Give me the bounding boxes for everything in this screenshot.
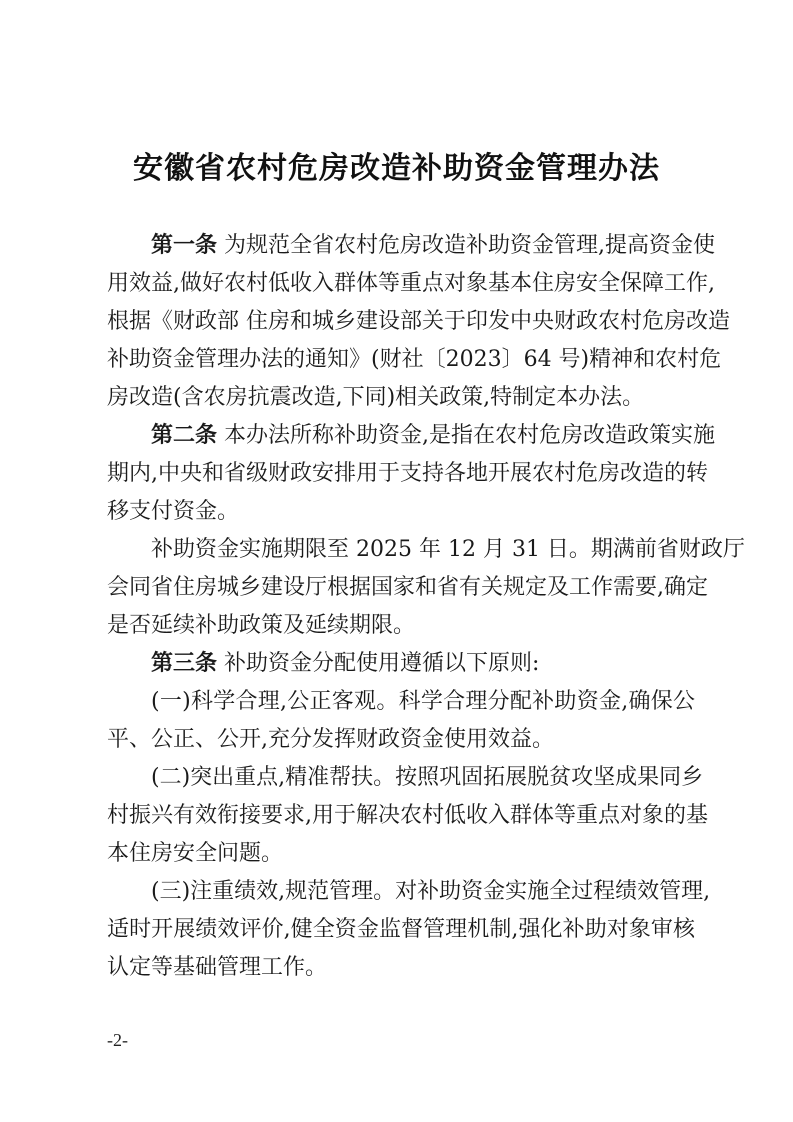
line-text: 本办法所称补助资金,是指在农村危房改造政策实施 (217, 423, 715, 448)
line-text: 补助资金管理办法的通知》(财社〔2023〕64 号)精神和农村危 (107, 347, 721, 372)
line-text: 期内,中央和省级财政安排用于支持各地开展农村危房改造的转 (107, 461, 708, 486)
body-line: (一)科学合理,公正客观。科学合理分配补助资金,确保公 (107, 683, 695, 721)
line-text: 本住房安全问题。 (107, 841, 283, 866)
body-line: 村振兴有效衔接要求,用于解决农村低收入群体等重点对象的基 (107, 797, 695, 835)
line-text: 适时开展绩效评价,健全资金监督管理机制,强化补助对象审核 (107, 917, 695, 942)
line-text: 平、公正、公开,充分发挥财政资金使用效益。 (107, 727, 554, 752)
body-line: 补助资金管理办法的通知》(财社〔2023〕64 号)精神和农村危 (107, 341, 695, 379)
body-line: 平、公正、公开,充分发挥财政资金使用效益。 (107, 721, 695, 759)
body-line: 认定等基础管理工作。 (107, 949, 695, 987)
article-label: 第二条 (151, 423, 217, 448)
document-body: 第一条 为规范全省农村危房改造补助资金管理,提高资金使用效益,做好农村低收入群体… (107, 227, 695, 987)
body-line: (二)突出重点,精准帮扶。按照巩固拓展脱贫攻坚成果同乡 (107, 759, 695, 797)
body-line: 移支付资金。 (107, 493, 695, 531)
body-line: 是否延续补助政策及延续期限。 (107, 607, 695, 645)
line-text: 根据《财政部 住房和城乡建设部关于印发中央财政农村危房改造 (107, 309, 730, 334)
body-line: 本住房安全问题。 (107, 835, 695, 873)
document-title: 安徽省农村危房改造补助资金管理办法 (0, 143, 793, 187)
article-line: 第二条 本办法所称补助资金,是指在农村危房改造政策实施 (107, 417, 695, 455)
body-line: 根据《财政部 住房和城乡建设部关于印发中央财政农村危房改造 (107, 303, 695, 341)
page-number: -2- (107, 1030, 128, 1051)
line-text: 为规范全省农村危房改造补助资金管理,提高资金使 (217, 233, 715, 258)
line-text: 村振兴有效衔接要求,用于解决农村低收入群体等重点对象的基 (107, 803, 708, 828)
line-text: 补助资金实施期限至 2025 年 12 月 31 日。期满前省财政厅 (151, 537, 745, 562)
body-line: 房改造(含农房抗震改造,下同)相关政策,特制定本办法。 (107, 379, 695, 417)
body-line: 用效益,做好农村低收入群体等重点对象基本住房安全保障工作, (107, 265, 695, 303)
line-text: (三)注重绩效,规范管理。对补助资金实施全过程绩效管理, (151, 879, 710, 904)
article-label: 第三条 (151, 651, 217, 676)
body-line: (三)注重绩效,规范管理。对补助资金实施全过程绩效管理, (107, 873, 695, 911)
line-text: 是否延续补助政策及延续期限。 (107, 613, 415, 638)
line-text: 会同省住房城乡建设厅根据国家和省有关规定及工作需要,确定 (107, 575, 708, 600)
line-text: 用效益,做好农村低收入群体等重点对象基本住房安全保障工作, (107, 271, 715, 296)
line-text: (二)突出重点,精准帮扶。按照巩固拓展脱贫攻坚成果同乡 (151, 765, 703, 790)
body-line: 补助资金实施期限至 2025 年 12 月 31 日。期满前省财政厅 (107, 531, 695, 569)
article-line: 第一条 为规范全省农村危房改造补助资金管理,提高资金使 (107, 227, 695, 265)
document-page: 安徽省农村危房改造补助资金管理办法 第一条 为规范全省农村危房改造补助资金管理,… (0, 0, 793, 1122)
line-text: 房改造(含农房抗震改造,下同)相关政策,特制定本办法。 (107, 385, 644, 410)
body-line: 会同省住房城乡建设厅根据国家和省有关规定及工作需要,确定 (107, 569, 695, 607)
line-text: 补助资金分配使用遵循以下原则: (217, 651, 539, 676)
article-label: 第一条 (151, 233, 217, 258)
article-line: 第三条 补助资金分配使用遵循以下原则: (107, 645, 695, 683)
body-line: 期内,中央和省级财政安排用于支持各地开展农村危房改造的转 (107, 455, 695, 493)
line-text: 认定等基础管理工作。 (107, 955, 327, 980)
line-text: (一)科学合理,公正客观。科学合理分配补助资金,确保公 (151, 689, 695, 714)
line-text: 移支付资金。 (107, 499, 239, 524)
body-line: 适时开展绩效评价,健全资金监督管理机制,强化补助对象审核 (107, 911, 695, 949)
